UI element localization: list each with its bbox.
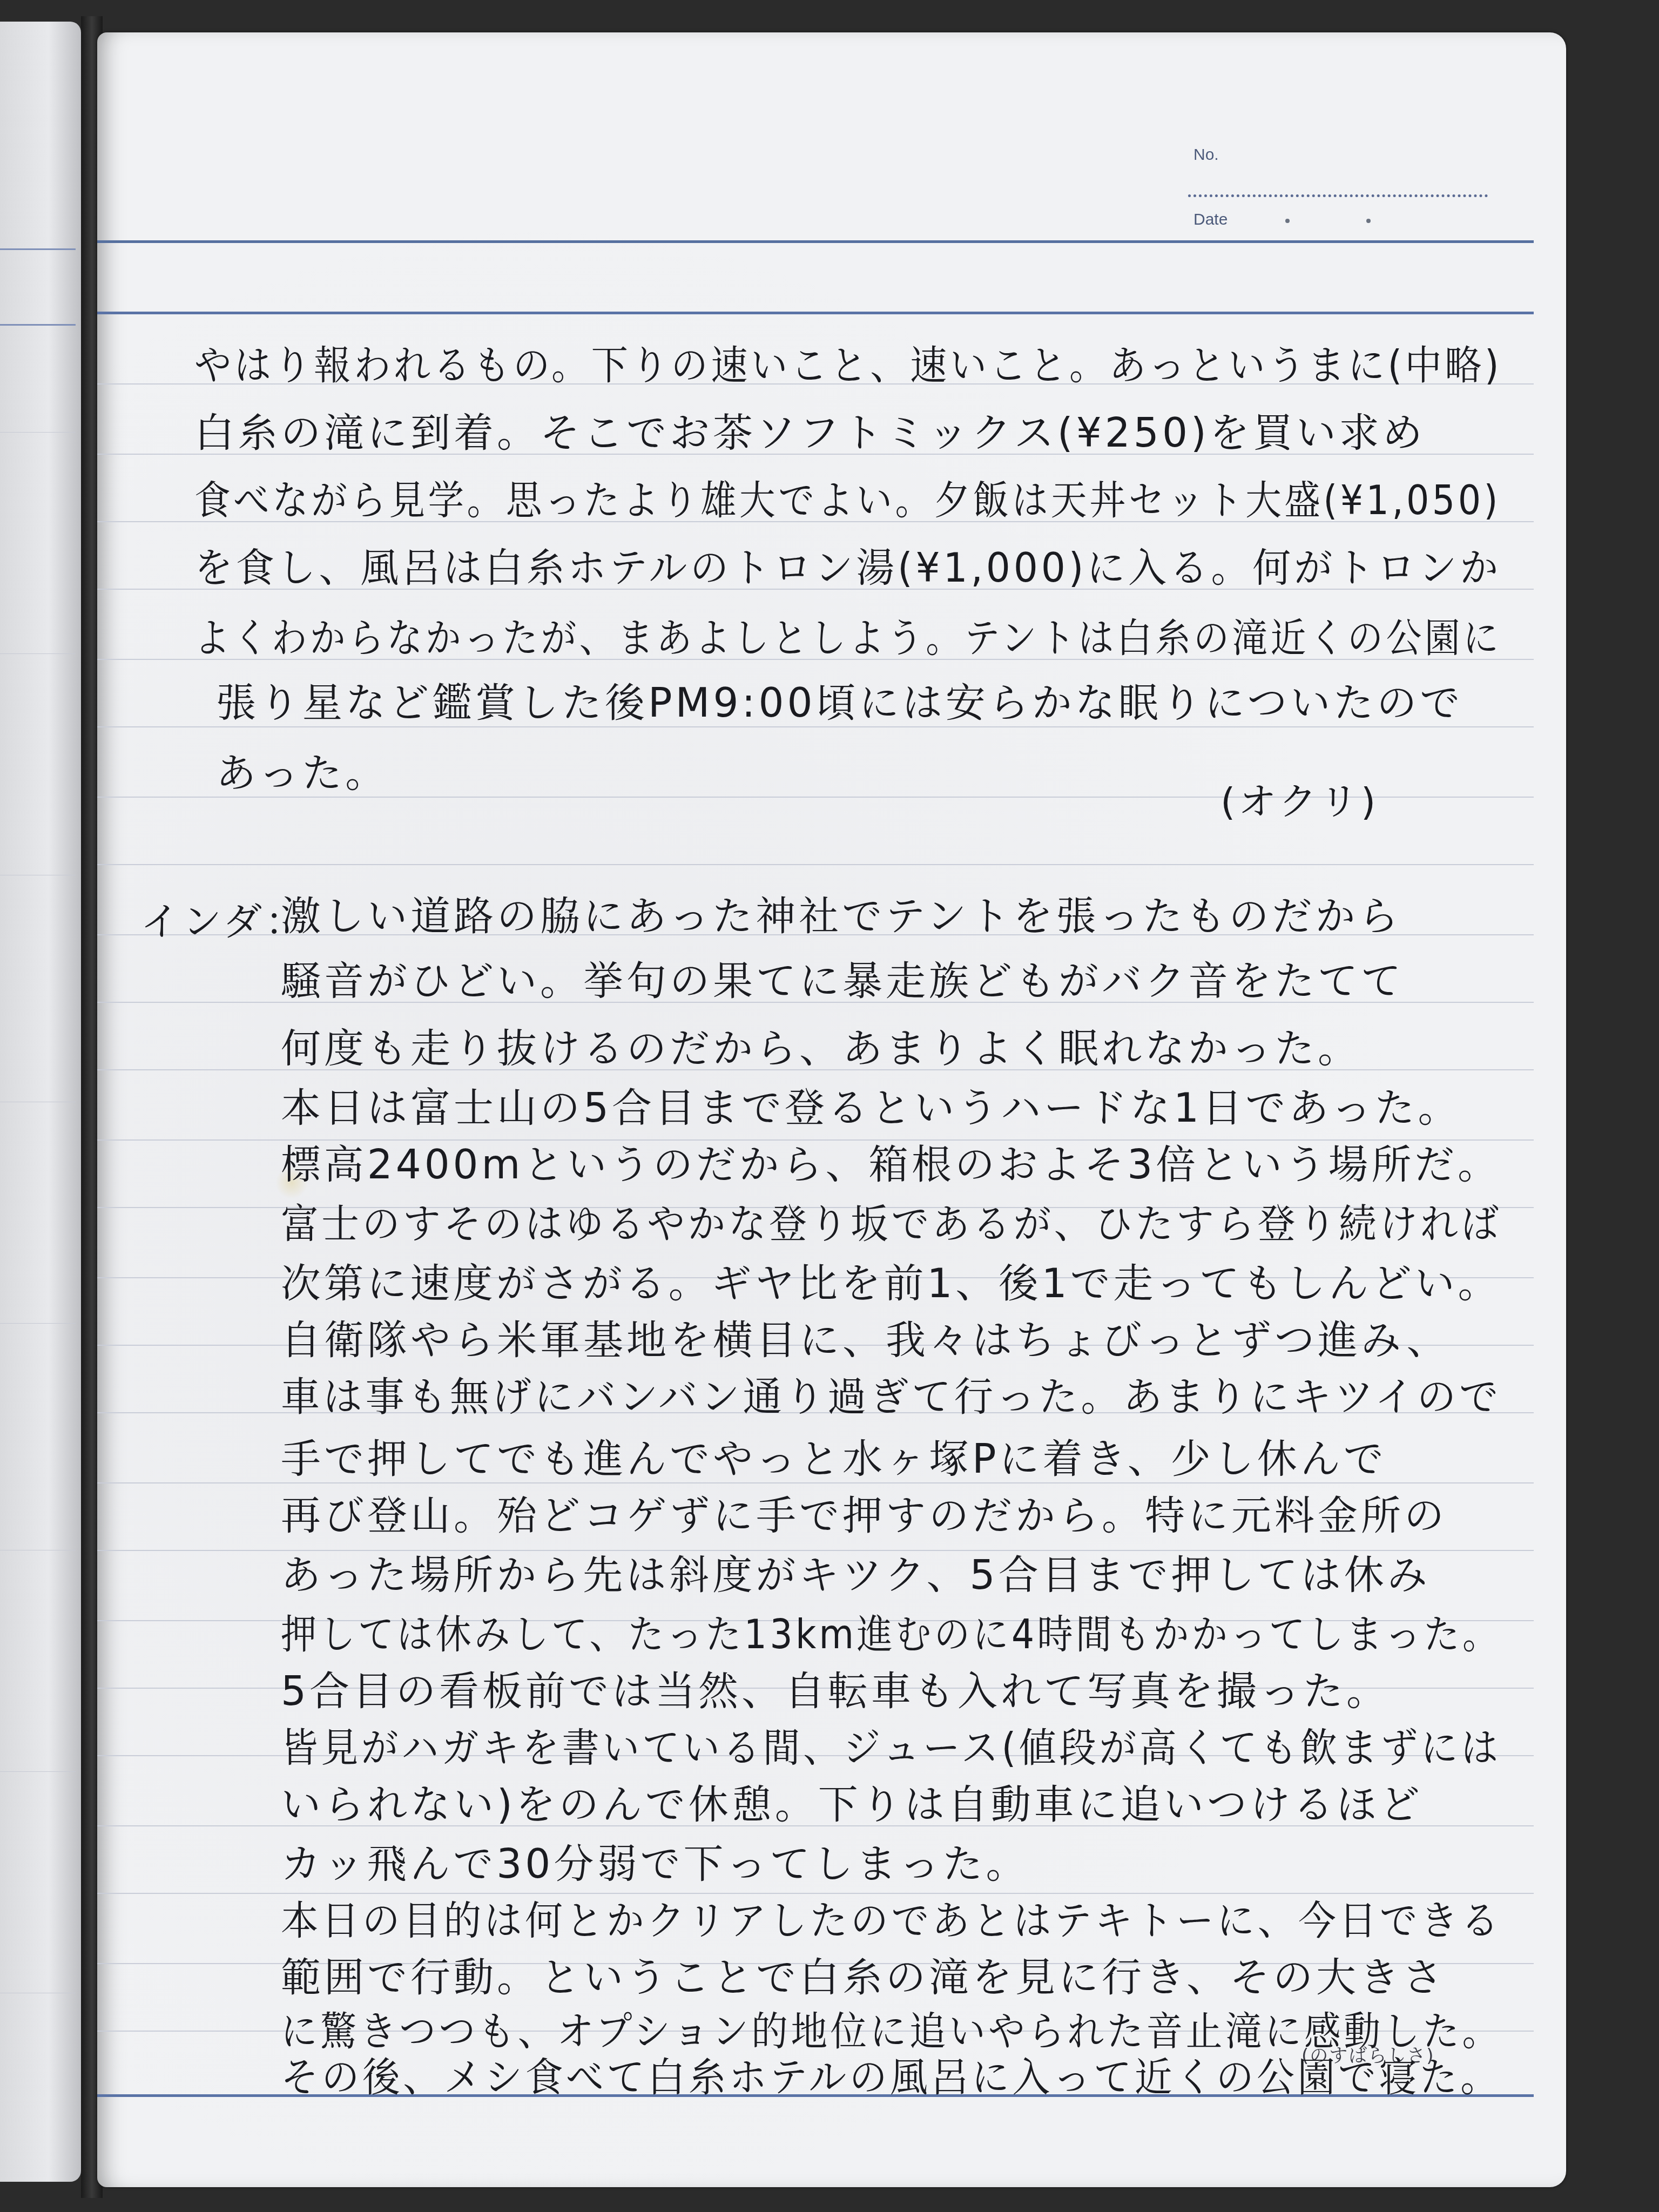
left-page-faint-rule [0,1993,76,1993]
handwritten-line: 白糸の滝に到着。そこでお茶ソフトミックス(¥250)を買い求め [194,413,1426,453]
handwritten-line: カッ飛んで30分弱で下ってしまった。 [281,1844,1029,1884]
left-page-rule [0,324,76,326]
ruled-line [97,864,1534,865]
handwritten-line: 5合目の看板前では当然、自転車も入れて写真を撮った。 [281,1671,1390,1711]
left-page-faint-rule [0,1550,76,1550]
ruled-line [97,726,1534,727]
handwritten-line: 手で押してでも進んでやっと水ヶ塚Pに着き、少し休んで [281,1439,1387,1479]
ruled-line [97,1482,1534,1483]
handwritten-line: 富士のすそのはゆるやかな登り坂であるが、ひたすら登り続ければ [281,1204,1502,1244]
handwritten-line: 車は事も無げにバンバン通り過ぎて行った。あまりにキツイので [281,1377,1501,1417]
ruled-line [97,1550,1534,1551]
handwritten-line: 押しては休みして、たった13km進むのに4時間もかかってしまった。 [281,1615,1501,1655]
ruled-line [97,1139,1534,1141]
handwritten-line: 標高2400mというのだから、箱根のおよそ3倍という場所だ。 [281,1145,1501,1185]
top-margin-rule [97,312,1534,314]
handwritten-line: 再び登山。殆どコゲずに手で押すのだから。特に元料金所の [281,1496,1447,1536]
handwritten-line: 食べながら見学。思ったより雄大でよい。夕飯は天丼セット大盛(¥1,050) [194,481,1501,521]
handwritten-line: 本日は富士山の5合目まで登るというハードな1日であった。 [281,1088,1461,1128]
handwritten-line: 騒音がひどい。挙句の果てに暴走族どもがバク音をたてて [281,961,1404,1001]
handwritten-line: あった場所から先は斜度がキツク、5合目まで押しては休み [281,1555,1431,1595]
handwritten-line: 何度も走り抜けるのだから、あまりよく眠れなかった。 [281,1029,1361,1069]
date-label: Date [1193,211,1228,229]
left-page-faint-rule [0,875,76,875]
handwritten-line: 自衛隊やら米軍基地を横目に、我々はちょびっとずつ進み、 [281,1320,1449,1360]
notebook-page: No. Date やはり報われるもの。下りの速いこと、速いこと。あっというまに(… [97,32,1566,2187]
left-page-faint-rule [0,1102,76,1102]
left-page-faint-rule [0,1323,76,1324]
handwritten-line: やはり報われるもの。下りの速いこと、速いこと。あっというまに(中略) [194,346,1502,386]
left-page-faint-rule [0,653,76,654]
handwritten-line: よくわからなかったが、まあよしとしよう。テントは白糸の滝近くの公園に [194,618,1501,658]
left-page-faint-rule [0,1771,76,1772]
handwritten-line: いられない)をのんで休憩。下りは自動車に追いつけるほど [281,1785,1423,1825]
handwritten-line: 張り星など鑑賞した後PM9:00頃には安らかな眠りについたので [216,683,1463,723]
date-separator-dot [1366,219,1371,223]
left-page-rule [0,248,76,250]
handwritten-line: 激しい道路の脇にあった神社でテントを張ったものだから [281,896,1402,936]
handwritten-line: を食し、風呂は白糸ホテルのトロン湯(¥1,000)に入る。何がトロンか [194,548,1501,588]
ruled-line [97,1893,1534,1894]
no-dotted-line [1188,194,1488,197]
handwritten-line: 範囲で行動。ということで白糸の滝を見に行き、その大きさ [281,1958,1446,1998]
left-page-faint-rule [0,432,76,433]
handwritten-line: 本日の目的は何とかクリアしたのであとはテキトーに、今日できる [281,1901,1502,1941]
handwritten-line: 皆見がハガキを書いている間、ジュース(値段が高くても飲まずには [281,1728,1501,1768]
header-rule [97,240,1534,243]
signature: (オクリ) [1220,783,1379,821]
handwritten-line: その後、メシ食べて白糸ホテルの風呂に入って近くの公園で寝た。 [281,2058,1501,2098]
previous-page-edge [0,22,81,2182]
date-separator-dot [1285,219,1290,223]
handwritten-line: あった。 [216,753,388,793]
handwritten-line: 次第に速度がさがる。ギヤ比を前1、後1で走ってもしんどい。 [281,1264,1501,1304]
no-label: No. [1193,146,1219,164]
